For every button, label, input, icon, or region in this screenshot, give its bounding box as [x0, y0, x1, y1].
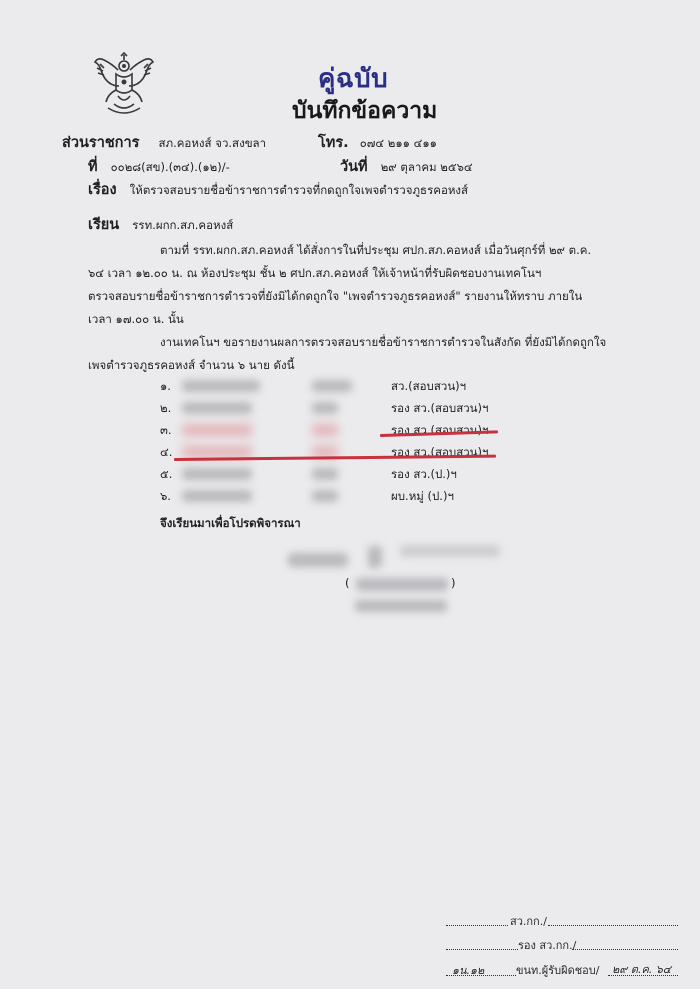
- redacted-surname: [312, 380, 352, 392]
- list-item-number: ๒.: [160, 400, 171, 418]
- redacted-name: [182, 446, 252, 458]
- routing-line3-mid: ขนท.ผู้รับผิดชอบ/: [516, 961, 599, 979]
- department-row: ส่วนราชการ สภ.คอหงส์ จว.สงขลา: [62, 131, 266, 154]
- redacted-surname: [312, 468, 338, 480]
- to-label: เรียน: [88, 217, 119, 233]
- ref-label: ที่: [88, 159, 98, 175]
- para1-line4: เวลา ๑๗.๐๐ น. นั้น: [88, 311, 184, 329]
- list-item-position: สว.(สอบสวน)ฯ: [391, 378, 466, 396]
- redacted-surname: [312, 424, 338, 436]
- date-row: วันที่ ๒๙ ตุลาคม ๒๕๖๔: [340, 155, 473, 178]
- para1-line3: ตรวจสอบรายชื่อข้าราชการตำรวจที่ยังมิได้ก…: [88, 288, 582, 306]
- phone-label: โทร.: [318, 135, 349, 151]
- department-value: สภ.คอหงส์ จว.สงขลา: [158, 136, 266, 150]
- routing-dots-2b: [572, 949, 678, 950]
- signature-open-paren: (: [345, 576, 350, 590]
- list-item-number: ๕.: [160, 466, 172, 484]
- phone-value: ๐๗๔ ๒๑๑ ๔๑๑: [360, 136, 437, 150]
- redacted-name: [182, 424, 252, 436]
- garuda-emblem-icon: [92, 52, 156, 118]
- redacted-signer-position: [355, 600, 447, 612]
- list-item-number: ๑.: [160, 378, 171, 396]
- para2-line1: งานเทคโนฯ ขอรายงานผลการตรวจสอบรายชื่อข้า…: [160, 334, 606, 352]
- signature-close-paren: ): [451, 576, 456, 590]
- routing-dots-1a: [446, 925, 508, 926]
- redacted-name: [182, 402, 252, 414]
- list-item-number: ๖.: [160, 488, 171, 506]
- para1-line1: ตามที่ รรท.ผกก.สภ.คอหงส์ ได้สั่งการในที่…: [160, 242, 591, 260]
- memo-document: คู่ฉบับ บันทึกข้อความ ส่วนราชการ สภ.คอหง…: [0, 0, 700, 989]
- redacted-name: [182, 380, 260, 392]
- to-row: เรียน รรท.ผกก.สภ.คอหงส์: [88, 213, 233, 236]
- routing-line3-right: ๒๙ ต.ค. ๖๔: [612, 960, 671, 978]
- ref-value: ๐๐๒๘(สข).(๓๔).(๑๒)/-: [111, 160, 230, 174]
- subject-row: เรื่อง ให้ตรวจสอบรายชื่อข้าราชการตำรวจที…: [88, 178, 468, 201]
- list-item-number: ๓.: [160, 422, 172, 440]
- list-item-number: ๔.: [160, 444, 172, 462]
- routing-dots-2a: [446, 949, 518, 950]
- department-label: ส่วนราชการ: [62, 135, 139, 151]
- list-item-position: รอง สว.(ป.)ฯ: [391, 466, 457, 484]
- date-value: ๒๙ ตุลาคม ๒๕๖๔: [381, 160, 473, 174]
- list-item-position: รอง สว.(สอบสวน)ฯ: [391, 444, 488, 462]
- routing-dots-1b: [548, 925, 678, 926]
- redacted-signature: [288, 553, 348, 567]
- phone-row: โทร. ๐๗๔ ๒๑๑ ๔๑๑: [318, 131, 437, 154]
- closing-text: จึงเรียนมาเพื่อโปรดพิจารณา: [160, 515, 301, 533]
- redacted-name: [182, 468, 252, 480]
- routing-line2: รอง สว.กก./: [518, 936, 576, 954]
- date-label: วันที่: [340, 159, 368, 175]
- subject-value: ให้ตรวจสอบรายชื่อข้าราชการตำรวจที่กดถูกใ…: [130, 183, 468, 197]
- ref-row: ที่ ๐๐๒๘(สข).(๓๔).(๑๒)/-: [88, 155, 230, 178]
- list-item-position: รอง สว.(สอบสวน)ฯ: [391, 400, 488, 418]
- subject-label: เรื่อง: [88, 182, 117, 198]
- redacted-surname: [312, 490, 338, 502]
- list-item-position: ผบ.หมู่ (ป.)ฯ: [391, 488, 454, 506]
- redacted-surname: [312, 402, 338, 414]
- para1-line2: ๖๔ เวลา ๑๒.๐๐ น. ณ ห้องประชุม ชั้น ๒ ศปก…: [88, 265, 541, 283]
- redacted-signature-tail: [400, 545, 500, 557]
- redacted-signer-name: [356, 578, 448, 591]
- para2-line2: เพจตำรวจภูธรคอหงส์ จำนวน ๖ นาย ดังนี้: [88, 357, 294, 375]
- redacted-name: [182, 490, 252, 502]
- document-title: บันทึกข้อความ: [292, 93, 437, 129]
- routing-line1: สว.กก./: [510, 912, 547, 930]
- to-value: รรท.ผกก.สภ.คอหงส์: [132, 218, 233, 232]
- routing-line3-left: ๑น.๑๒: [452, 961, 484, 979]
- redacted-signature-mark: [368, 546, 382, 568]
